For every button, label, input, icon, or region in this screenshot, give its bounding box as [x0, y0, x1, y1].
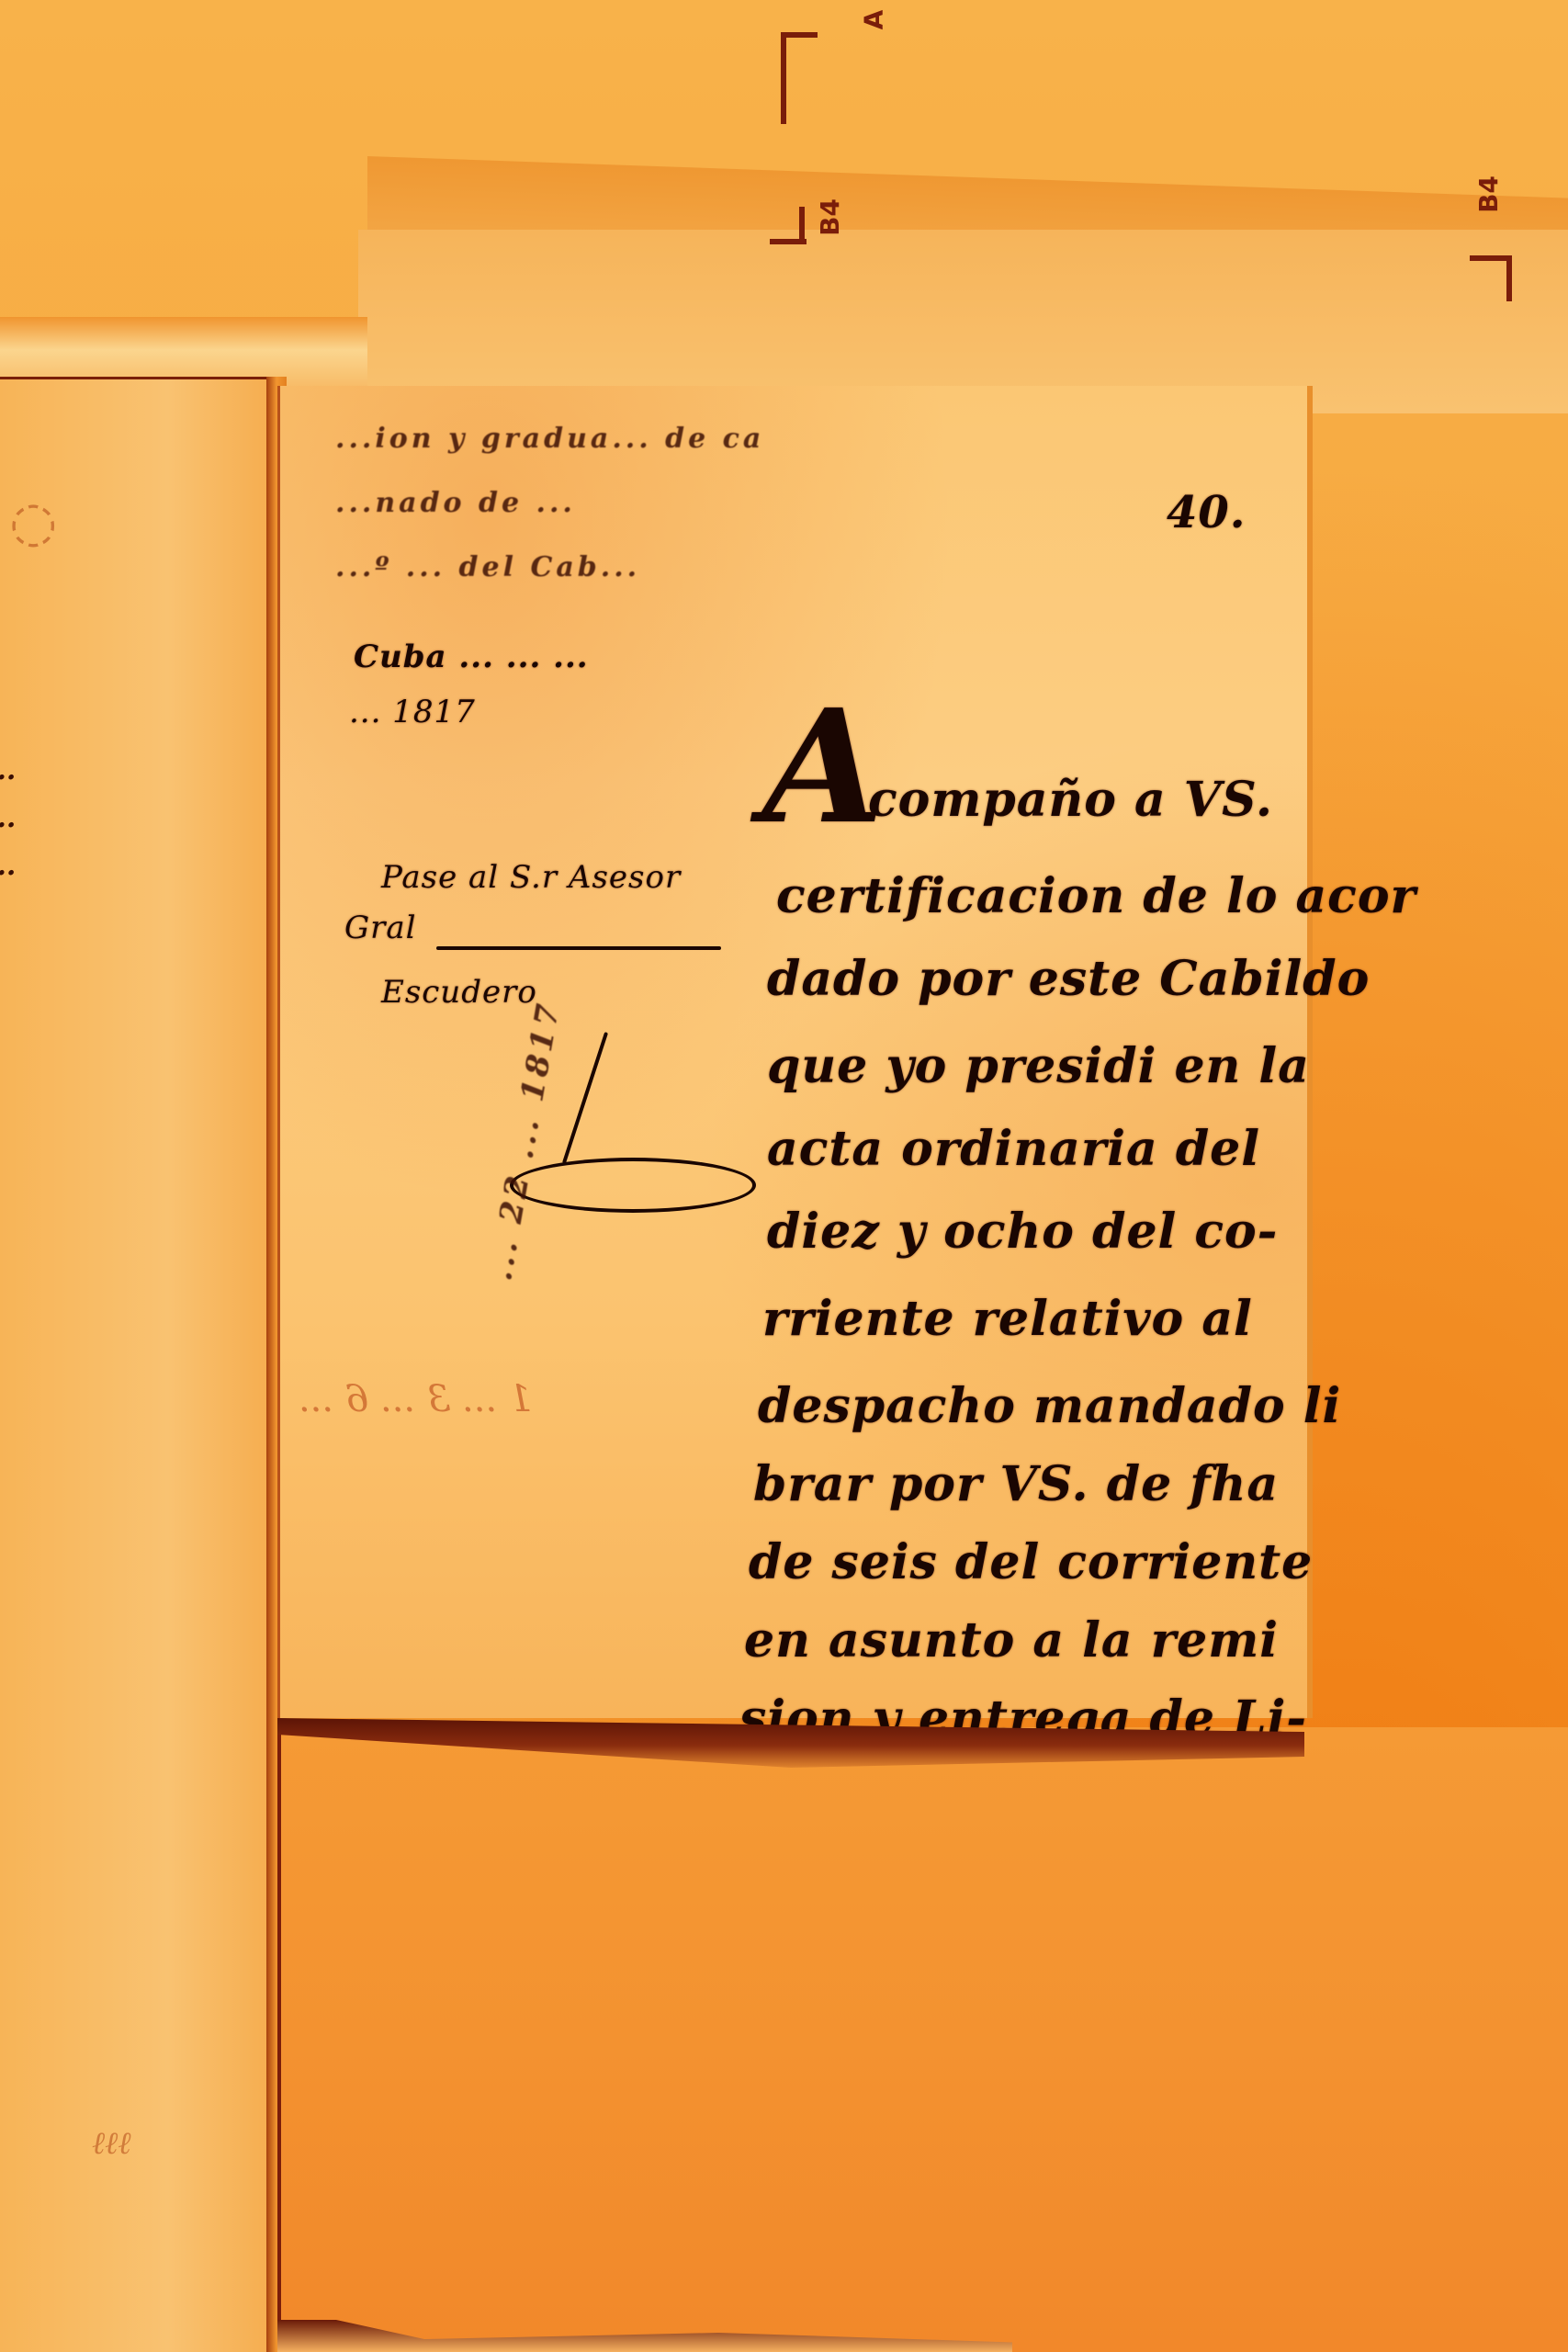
body-line-2: certificacion de lo acor	[776, 868, 1416, 924]
folio-number: 40.	[1167, 487, 1247, 538]
bleed-through-text: 1 ... 3 ... 6 ...	[299, 1378, 532, 1420]
left-page-text-fragment: ... ... ...	[0, 747, 16, 890]
body-line-3: dado por este Cabildo	[767, 951, 1370, 1007]
crop-marker-b4-left-tick	[799, 207, 805, 244]
margin-faded-line: ...º ... del Cab...	[335, 551, 640, 583]
body-line-9: brar por VS. de fha	[753, 1456, 1279, 1512]
body-line-4: que yo presidi en la	[767, 1038, 1310, 1094]
signature-date: ... 22 ... 1817	[482, 998, 568, 1283]
body-line-1: compaño a VS.	[868, 772, 1273, 828]
crop-marker-b4-right-horizontal	[1470, 255, 1511, 261]
referral-line-2: Gral	[344, 910, 417, 946]
crop-marker-a-horizontal	[781, 32, 818, 38]
left-page-faint-stamp: ◌	[9, 490, 57, 554]
lower-blank-sheet	[277, 1727, 1568, 2352]
crop-marker-a: A	[781, 32, 836, 133]
left-page: ◌ ... ... ... ℓℓℓ	[0, 377, 284, 2352]
left-page-faint-writing: ℓℓℓ	[92, 2125, 130, 2162]
signature-rubric	[510, 1158, 756, 1213]
crop-marker-b4-right-label: B4	[1473, 175, 1504, 213]
body-line-10: de seis del corriente	[749, 1534, 1313, 1590]
crop-marker-b4-right: B4	[1451, 165, 1552, 303]
crop-marker-b4-right-vertical	[1506, 255, 1512, 301]
crop-marker-b4-left-label: B4	[815, 198, 845, 236]
referral-line-3: Escudero	[381, 974, 537, 1011]
body-line-11: en asunto a la remi	[744, 1612, 1279, 1668]
referral-underline	[436, 946, 721, 950]
crop-marker-b4-left: B4	[770, 184, 880, 257]
referral-line-1: Pase al S.r Asesor	[381, 859, 681, 896]
body-line-5: acta ordinaria del	[767, 1121, 1260, 1177]
crop-marker-a-vertical	[781, 32, 786, 124]
body-line-7: rriente relativo al	[762, 1291, 1253, 1347]
body-line-8: despacho mandado li	[758, 1378, 1341, 1434]
margin-faded-line: ...ion y gradua... de ca	[335, 423, 764, 455]
crop-marker-a-label: A	[858, 10, 888, 30]
signature-stroke	[562, 1032, 608, 1164]
margin-dated-line-2: ... 1817	[349, 694, 476, 730]
margin-faded-line: ...nado de ...	[335, 487, 576, 519]
decorated-initial: A	[762, 689, 885, 845]
margin-dated-line-1: Cuba ... ... ...	[354, 639, 589, 675]
manuscript-folio: 40. ...ion y gradua... de ca ...nado de …	[277, 386, 1307, 1718]
body-line-6: diez y ocho del co-	[767, 1204, 1278, 1260]
